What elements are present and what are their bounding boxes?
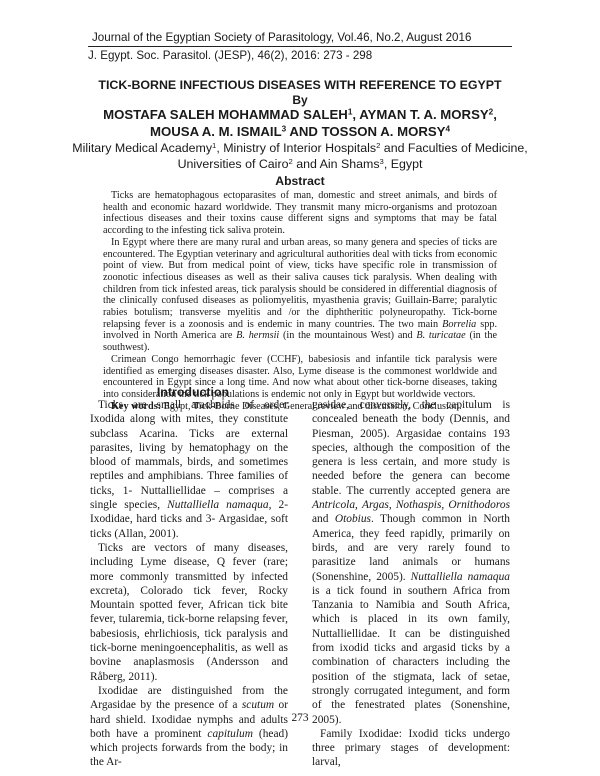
affiliation-line-2: Universities of Cairo2 and Ain Shams3, E… [0,156,600,172]
affiliation-text: Universities of Cairo [178,157,289,171]
separator: , [352,107,356,122]
journal-header: Journal of the Egyptian Society of Paras… [88,30,512,47]
genus-name: Argas [362,499,389,511]
separator: , [493,107,497,122]
intro-paragraph: Ticks are small arachnids of order Ixodi… [90,398,288,541]
text: , [389,499,396,511]
affiliation-text: and Ain Shams [293,157,380,171]
authors-line-1: MOSTAFA SALEH MOHAMMAD SALEH1, AYMAN T. … [0,106,600,123]
genus-name: Ornithodoros [448,499,510,511]
text: , [355,499,362,511]
paper-page: Journal of the Egyptian Society of Paras… [0,0,600,776]
term: scutum [242,699,274,711]
genus-name: Otobius [335,513,371,525]
affiliation-line-1: Military Medical Academy1, Ministry of I… [0,140,600,156]
abstract-paragraph-1: Ticks are hematophagous ectoparasites of… [103,190,497,237]
species-name: B. hermsii [236,330,279,341]
author-name: TOSSON A. MORSY [322,124,446,139]
genus-name: Antricola [312,499,355,511]
author-name: MOSTAFA SALEH MOHAMMAD SALEH [103,107,348,122]
text: is a tick found in southern Africa from … [312,585,510,726]
author-sup: 4 [445,125,450,134]
abstract-body: Ticks are hematophagous ectoparasites of… [103,190,497,412]
species-name: B. turicatae [416,330,465,341]
intro-paragraph: Ixodidae are distinguished from the Arga… [90,684,288,770]
by-label: By [0,93,600,107]
species-name: Nuttalliella namaqua [167,499,268,511]
author-sup: 3 [282,125,287,134]
text: gasidae, conversely, the capitulum is co… [312,399,510,497]
affiliation-text: , Egypt [384,157,423,171]
author-name: MOUSA A. M. ISMAIL [150,124,282,139]
abstract-heading: Abstract [0,174,600,189]
species-name: Nuttalliella namaqua [411,571,510,583]
genus-name: Borrelia [442,319,476,330]
article-title: TICK-BORNE INFECTIOUS DISEASES WITH REFE… [0,78,600,93]
affiliation-text: Military Medical Academy [72,141,212,155]
text: and [312,513,335,525]
text: Ticks are small arachnids of order Ixodi… [90,399,288,511]
page-number: 273 [0,712,600,724]
text: (in the mountainous West) and [279,330,416,341]
citation-header: J. Egypt. Soc. Parasitol. (JESP), 46(2),… [88,49,372,63]
intro-paragraph: Family Ixodidae: Ixodid ticks undergo th… [312,727,510,770]
affiliation-text: , Ministry of Interior Hospitals [216,141,376,155]
text: In Egypt where there are many rural and … [103,237,497,330]
abstract-paragraph-2: In Egypt where there are many rural and … [103,237,497,354]
intro-paragraph: gasidae, conversely, the capitulum is co… [312,398,510,727]
genus-name: Nothaspis [396,499,442,511]
term: capitulum [207,728,253,740]
intro-paragraph: Ticks are vectors of many diseases, incl… [90,541,288,684]
author-name: AYMAN T. A. MORSY [359,107,488,122]
authors-line-2: MOUSA A. M. ISMAIL3 AND TOSSON A. MORSY4 [0,123,600,140]
and-separator: AND [289,124,318,139]
introduction-heading: Introduction [98,385,288,399]
affiliation-text: and Faculties of Medicine, [380,141,527,155]
